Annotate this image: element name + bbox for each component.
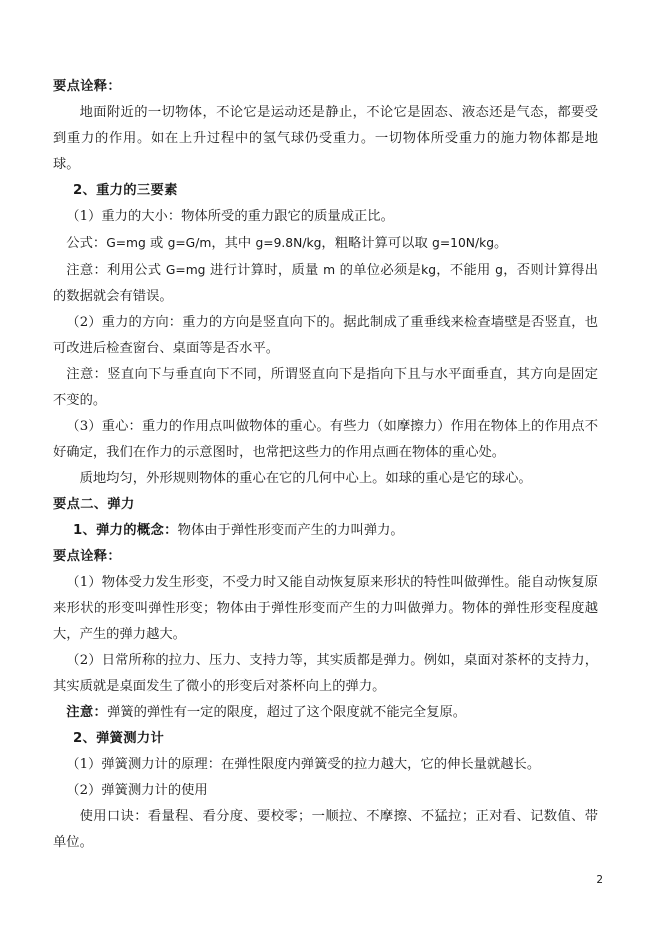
formula-text: G=mg <box>106 236 146 250</box>
paragraph: 2、重力的三要素 <box>53 178 598 204</box>
paragraph-text: 物体由于弹性形变而产生的力叫弹力。 <box>178 523 404 538</box>
paragraph-text: （1）物体受力发生形变，不受力时又能自动恢复原来形状的特性叫做弹性。能自动恢复原… <box>53 575 598 642</box>
formula-text: m <box>323 263 335 277</box>
paragraph-text: 公式： <box>66 236 106 251</box>
paragraph-bold-text: 1、弹力的概念： <box>73 523 178 538</box>
paragraph-bold-text: 2、弹簧测力计 <box>73 731 164 746</box>
paragraph: 要点诠释： <box>53 74 598 100</box>
paragraph: 注意：竖直向下与垂直向下不同，所谓竖直向下是指向下且与水平面垂直，其方向是固定不… <box>53 362 598 414</box>
paragraph-text: 注意：利用公式 <box>66 263 166 278</box>
paragraph-text: 。 <box>494 236 507 251</box>
formula-text: g=9.8N/kg <box>255 236 321 250</box>
paragraph-text: （2）重力的方向：重力的方向是竖直向下的。据此制成了重垂线来检查墙壁是否竖直，也… <box>53 315 598 356</box>
paragraph-text: 进行计算时，质量 <box>205 263 323 278</box>
paragraph-text: 质地均匀，外形规则物体的重心在它的几何中心上。如球的重心是它的球心。 <box>80 471 532 486</box>
paragraph: （1）物体受力发生形变，不受力时又能自动恢复原来形状的特性叫做弹性。能自动恢复原… <box>53 570 598 648</box>
paragraph-bold-text: 注意： <box>66 705 107 720</box>
paragraph-text: （1）重力的大小：物体所受的重力跟它的质量成正比。 <box>66 209 394 224</box>
paragraph: 注意：利用公式 G=mg 进行计算时，质量 m 的单位必须是kg，不能用 g，否… <box>53 257 598 310</box>
paragraph-text: （2）日常所称的拉力、压力、支持力等，其实质都是弹力。例如，桌面对茶杯的支持力，… <box>53 653 598 694</box>
paragraph-bold-text: 要点诠释： <box>53 79 121 94</box>
paragraph-text: 弹簧的弹性有一定的限度，超过了这个限度就不能完全复原。 <box>107 705 466 720</box>
paragraph: 要点诠释： <box>53 544 598 570</box>
formula-text: g=10N/kg <box>432 236 494 250</box>
paragraph: （1）弹簧测力计的原理：在弹性限度内弹簧受的拉力越大，它的伸长量就越长。 <box>53 752 598 778</box>
document-body: 要点诠释：地面附近的一切物体，不论它是运动还是静止，不论它是固态、液态还是气态，… <box>53 74 598 856</box>
paragraph: （2）重力的方向：重力的方向是竖直向下的。据此制成了重垂线来检查墙壁是否竖直，也… <box>53 310 598 362</box>
paragraph: （1）重力的大小：物体所受的重力跟它的质量成正比。 <box>53 204 598 230</box>
paragraph-text: ，不能用 <box>436 263 495 278</box>
paragraph: （2）弹簧测力计的使用 <box>53 778 598 804</box>
paragraph: 质地均匀，外形规则物体的重心在它的几何中心上。如球的重心是它的球心。 <box>53 466 598 492</box>
paragraph-text: 注意：竖直向下与垂直向下不同，所谓竖直向下是指向下且与水平面垂直，其方向是固定不… <box>53 367 598 408</box>
paragraph-text: 使用口诀：看量程、看分度、要校零；一顺拉、不摩擦、不猛拉；正对看、记数值、带单位… <box>53 809 598 850</box>
paragraph: 要点二、弹力 <box>53 492 598 518</box>
paragraph: 使用口诀：看量程、看分度、要校零；一顺拉、不摩擦、不猛拉；正对看、记数值、带单位… <box>53 804 598 856</box>
paragraph-bold-text: 要点诠释： <box>53 549 121 564</box>
paragraph-text: ，其中 <box>211 236 255 251</box>
paragraph-text: （1）弹簧测力计的原理：在弹性限度内弹簧受的拉力越大，它的伸长量就越长。 <box>66 757 540 772</box>
paragraph: 注意：弹簧的弹性有一定的限度，超过了这个限度就不能完全复原。 <box>53 700 598 726</box>
paragraph-text: 或 <box>146 236 168 251</box>
paragraph-text: 地面附近的一切物体，不论它是运动还是静止，不论它是固态、液态还是气态，都要受到重… <box>53 105 598 172</box>
paragraph: （2）日常所称的拉力、压力、支持力等，其实质都是弹力。例如，桌面对茶杯的支持力，… <box>53 648 598 700</box>
formula-text: kg <box>421 263 436 277</box>
paragraph-bold-text: 2、重力的三要素 <box>73 183 178 198</box>
paragraph-bold-text: 要点二、弹力 <box>53 497 135 512</box>
paragraph: （3）重心：重力的作用点叫做物体的重心。有些力（如摩擦力）作用在物体上的作用点不… <box>53 414 598 466</box>
paragraph: 公式：G=mg 或 g=G/m，其中 g=9.8N/kg，粗略计算可以取 g=1… <box>53 230 598 257</box>
formula-text: G=mg <box>166 263 206 277</box>
formula-text: g <box>495 263 503 277</box>
paragraph: 2、弹簧测力计 <box>53 726 598 752</box>
paragraph-text: （2）弹簧测力计的使用 <box>66 783 207 798</box>
formula-text: g=G/m <box>168 236 212 250</box>
paragraph-text: ，粗略计算可以取 <box>321 236 432 251</box>
paragraph: 1、弹力的概念：物体由于弹性形变而产生的力叫弹力。 <box>53 518 598 544</box>
paragraph-text: 的单位必须是 <box>335 263 421 278</box>
paragraph: 地面附近的一切物体，不论它是运动还是静止，不论它是固态、液态还是气态，都要受到重… <box>53 100 598 178</box>
paragraph-text: （3）重心：重力的作用点叫做物体的重心。有些力（如摩擦力）作用在物体上的作用点不… <box>53 419 598 460</box>
document-page: 要点诠释：地面附近的一切物体，不论它是运动还是静止，不论它是固态、液态还是气态，… <box>0 0 661 935</box>
page-number: 2 <box>596 874 603 886</box>
